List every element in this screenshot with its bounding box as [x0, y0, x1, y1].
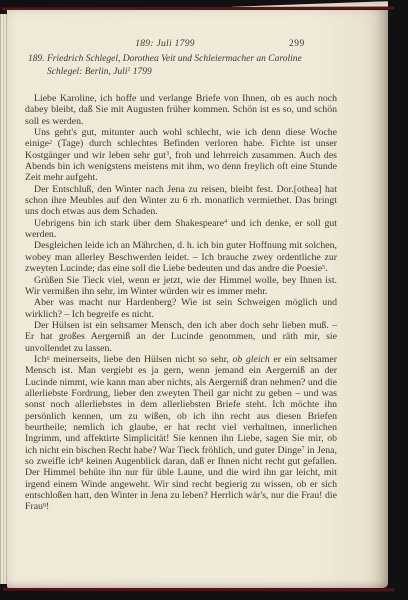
letter-paragraph: Uebrigens bin ich stark über dem Shakesp…: [25, 218, 337, 241]
running-head: 189: Juli 1799: [103, 39, 227, 49]
letter-title: Friedrich Schlegel, Dorothea Veit und Sc…: [47, 53, 316, 78]
letter-paragraph: Ich6 meinerseits, liebe den Hülsen nicht…: [25, 354, 337, 513]
letter-heading: 189. Friedrich Schlegel, Dorothea Veit u…: [28, 53, 316, 78]
letter-number: 189.: [28, 53, 45, 66]
letter-paragraph: Liebe Karoline, ich hoffe und verlange B…: [25, 93, 337, 127]
page-number: 299: [289, 39, 305, 49]
cover-edge-bottom: [3, 588, 394, 592]
book-page: 189: Juli 1799 299 189. Friedrich Schleg…: [7, 10, 388, 588]
letter-paragraph: Grüßen Sie Tieck viel, wenn er jetzt, wi…: [25, 275, 337, 298]
letter-paragraph: Desgleichen leide ich an Mährchen, d. h.…: [25, 240, 337, 274]
letter-paragraph: Der Entschluß, den Winter nach Jena zu r…: [25, 184, 337, 218]
letter-body: Liebe Karoline, ich hoffe und verlange B…: [25, 93, 337, 513]
book-scan: 189: Juli 1799 299 189. Friedrich Schleg…: [0, 0, 408, 600]
letter-paragraph: Uns geht's gut, mitunter auch wohl schle…: [25, 127, 337, 184]
letter-paragraph: Aber was macht nur Hardenberg? Wie ist s…: [25, 297, 337, 320]
letter-paragraph: Der Hülsen ist ein seltsamer Mensch, den…: [25, 320, 337, 354]
